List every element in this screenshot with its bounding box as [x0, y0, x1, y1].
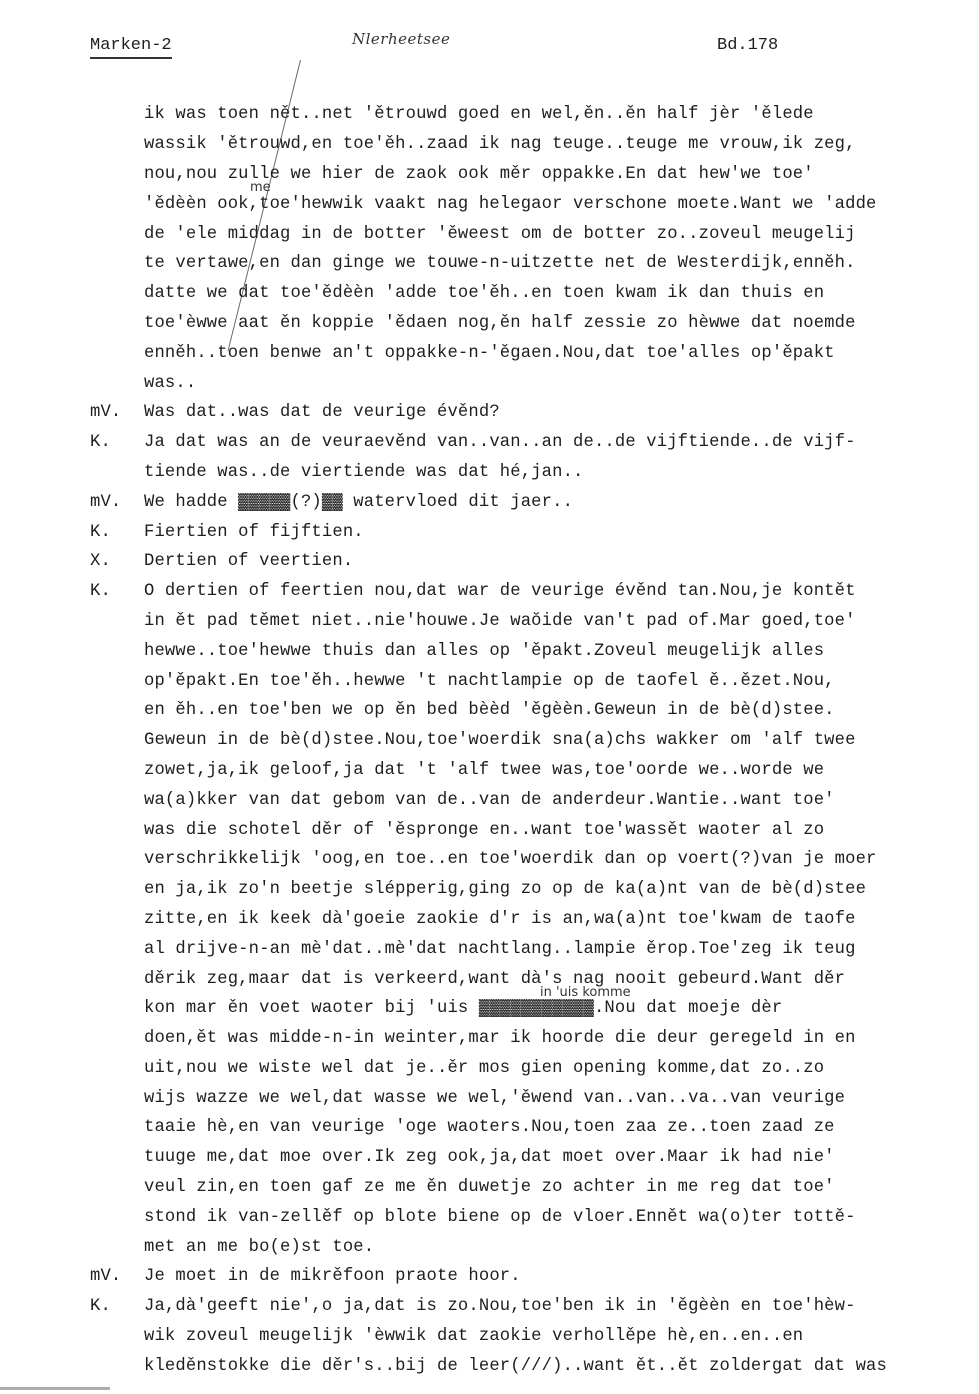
line-text: zowet,ja,ik geloof,ja dat 't 'alf twee w…: [144, 761, 979, 780]
transcript-line: met an me bo(e)st toe.: [90, 1232, 979, 1262]
line-text: Je moet in de mikrěfoon praote hoor.: [144, 1267, 979, 1286]
handwritten-note: Nlerheetsee: [352, 30, 450, 48]
line-text: wik zoveul meugelijk 'èwwik dat zaokie v…: [144, 1327, 979, 1346]
line-text: datte we dat toe'ědèèn 'adde toe'ěh..en …: [144, 284, 979, 303]
transcript-line: wassik 'ětrouwd,en toe'ěh..zaad ik nag t…: [90, 130, 979, 160]
transcript-line: K.O dertien of feertien nou,dat war de v…: [90, 577, 979, 607]
line-text: al drijve-n-an mè'dat..mè'dat nachtlang.…: [144, 940, 979, 959]
line-text: wa(a)kker van dat gebom van de..van de a…: [144, 791, 979, 810]
line-text: was..: [144, 374, 979, 393]
speaker-label: K.: [90, 582, 144, 601]
transcript-line: zowet,ja,ik geloof,ja dat 't 'alf twee w…: [90, 756, 979, 786]
transcript-line: en ja,ik zo'n beetje slépperig,ging zo o…: [90, 875, 979, 905]
line-text: O dertien of feertien nou,dat war de veu…: [144, 582, 979, 601]
transcript-line: in ět pad těmet niet..nie'houwe.Je waŏid…: [90, 607, 979, 637]
page-header: Marken-2 Nlerheetsee Bd.178: [90, 36, 939, 66]
transcript-line: was..: [90, 368, 979, 398]
transcript-line: op'ěpakt.En toe'ěh..hewwe 't nachtlampie…: [90, 666, 979, 696]
line-text: te vertawe,en dan ginge we touwe-n-uitze…: [144, 254, 979, 273]
line-text: enněh..toen benwe an't oppakke-n-'ěgaen.…: [144, 344, 979, 363]
speaker-label: K.: [90, 523, 144, 542]
speaker-label: mV.: [90, 403, 144, 422]
transcript-line: enněh..toen benwe an't oppakke-n-'ěgaen.…: [90, 338, 979, 368]
line-text: tiende was..de viertiende was dat hé,jan…: [144, 463, 979, 482]
line-text: zitte,en ik keek dà'goeie zaokie d'r is …: [144, 910, 979, 929]
transcript-line: K.Ja dat was an de veuraevěnd van..van..…: [90, 428, 979, 458]
line-text: Geweun in de bè(d)stee.Nou,toe'woerdik s…: [144, 731, 979, 750]
transcript-line: taaie hè,en van veurige 'oge waoters.Nou…: [90, 1113, 979, 1143]
line-text: en ěh..en toe'ben we op ěn bed bèèd 'ěgè…: [144, 701, 979, 720]
speaker-label: K.: [90, 1297, 144, 1316]
speaker-label: K.: [90, 433, 144, 452]
line-text: toe'èwwe aat ěn koppie 'ědaen nog,ěn hal…: [144, 314, 979, 333]
transcript-line: mV.We hadde ▓▓▓▓▓(?)▓▓ watervloed dit ja…: [90, 487, 979, 517]
document-page: Marken-2 Nlerheetsee Bd.178 me in 'uis k…: [0, 0, 979, 1394]
transcript-line: mV.Was dat..was dat de veurige évěnd?: [90, 398, 979, 428]
line-text: hewwe..toe'hewwe thuis dan alles op 'ěpa…: [144, 642, 979, 661]
speaker-label: X.: [90, 552, 144, 571]
transcript-line: K.Fiertien of fijftien.: [90, 517, 979, 547]
line-text: verschrikkelijk 'oog,en toe..en toe'woer…: [144, 850, 979, 869]
transcript-line: wa(a)kker van dat gebom van de..van de a…: [90, 785, 979, 815]
transcript-line: wijs wazze we wel,dat wasse we wel,'ěwen…: [90, 1083, 979, 1113]
line-text: de 'ele middag in de botter 'ěweest om d…: [144, 225, 979, 244]
line-text: stond ik van-zellěf op blote biene op de…: [144, 1208, 979, 1227]
line-text: 'ědèèn ook,toe'hewwik vaakt nag helegaor…: [144, 195, 979, 214]
line-text: kleděnstokke die děr's..bij de leer(///)…: [144, 1357, 979, 1376]
transcript-line: mV.Je moet in de mikrěfoon praote hoor.: [90, 1262, 979, 1292]
transcript-line: nou,nou zulle we hier de zaok ook měr op…: [90, 160, 979, 190]
line-text: in ět pad těmet niet..nie'houwe.Je waŏid…: [144, 612, 979, 631]
transcript-line: de 'ele middag in de botter 'ěweest om d…: [90, 219, 979, 249]
transcript-line: děrik zeg,maar dat is verkeerd,want dà's…: [90, 964, 979, 994]
speaker-label: mV.: [90, 1267, 144, 1286]
line-text: wijs wazze we wel,dat wasse we wel,'ěwen…: [144, 1089, 979, 1108]
transcript-line: 'ědèèn ook,toe'hewwik vaakt nag helegaor…: [90, 189, 979, 219]
line-text: tuuge me,dat moe over.Ik zeg ook,ja,dat …: [144, 1148, 979, 1167]
transcript-line: uit,nou we wiste wel dat je..ěr mos gien…: [90, 1054, 979, 1084]
document-title: Marken-2: [90, 36, 172, 59]
transcript-line: was die schotel děr of 'ěspronge en..wan…: [90, 815, 979, 845]
line-text: kon mar ěn voet waoter bij 'uis ▓▓▓▓▓▓▓▓…: [144, 999, 979, 1018]
transcript-line: ik was toen nět..net 'ětrouwd goed en we…: [90, 100, 979, 130]
line-text: Dertien of veertien.: [144, 552, 979, 571]
transcript-line: kleděnstokke die děr's..bij de leer(///)…: [90, 1351, 979, 1381]
transcript-line: kon mar ěn voet waoter bij 'uis ▓▓▓▓▓▓▓▓…: [90, 994, 979, 1024]
line-text: en ja,ik zo'n beetje slépperig,ging zo o…: [144, 880, 979, 899]
line-text: We hadde ▓▓▓▓▓(?)▓▓ watervloed dit jaer.…: [144, 493, 979, 512]
line-text: met an me bo(e)st toe.: [144, 1238, 979, 1257]
transcript-line: tiende was..de viertiende was dat hé,jan…: [90, 458, 979, 488]
transcript-line: stond ik van-zellěf op blote biene op de…: [90, 1202, 979, 1232]
transcript-line: al drijve-n-an mè'dat..mè'dat nachtlang.…: [90, 934, 979, 964]
transcript-line: X.Dertien of veertien.: [90, 547, 979, 577]
line-text: ik was toen nět..net 'ětrouwd goed en we…: [144, 105, 979, 124]
line-text: Ja,dà'geeft nie',o ja,dat is zo.Nou,toe'…: [144, 1297, 979, 1316]
line-text: wassik 'ětrouwd,en toe'ěh..zaad ik nag t…: [144, 135, 979, 154]
transcript-line: toe'èwwe aat ěn koppie 'ědaen nog,ěn hal…: [90, 309, 979, 339]
transcript-line: veul zin,en toen gaf ze me ěn duwetje zo…: [90, 1173, 979, 1203]
transcript-line: doen,ět was midde-n-in weinter,mar ik ho…: [90, 1024, 979, 1054]
transcript-line: K.Ja,dà'geeft nie',o ja,dat is zo.Nou,to…: [90, 1292, 979, 1322]
transcript-line: hewwe..toe'hewwe thuis dan alles op 'ěpa…: [90, 636, 979, 666]
transcript-line: verschrikkelijk 'oog,en toe..en toe'woer…: [90, 845, 979, 875]
line-text: děrik zeg,maar dat is verkeerd,want dà's…: [144, 970, 979, 989]
line-text: Fiertien of fijftien.: [144, 523, 979, 542]
line-text: was die schotel děr of 'ěspronge en..wan…: [144, 821, 979, 840]
line-text: Was dat..was dat de veurige évěnd?: [144, 403, 979, 422]
line-text: doen,ět was midde-n-in weinter,mar ik ho…: [144, 1029, 979, 1048]
transcript-line: en ěh..en toe'ben we op ěn bed bèèd 'ěgè…: [90, 696, 979, 726]
transcript-line: Geweun in de bè(d)stee.Nou,toe'woerdik s…: [90, 726, 979, 756]
line-text: Ja dat was an de veuraevěnd van..van..an…: [144, 433, 979, 452]
transcript-body: ik was toen nět..net 'ětrouwd goed en we…: [90, 100, 979, 1381]
line-text: uit,nou we wiste wel dat je..ěr mos gien…: [144, 1059, 979, 1078]
transcript-line: zitte,en ik keek dà'goeie zaokie d'r is …: [90, 905, 979, 935]
transcript-line: te vertawe,en dan ginge we touwe-n-uitze…: [90, 249, 979, 279]
line-text: taaie hè,en van veurige 'oge waoters.Nou…: [144, 1118, 979, 1137]
speaker-label: mV.: [90, 493, 144, 512]
line-text: nou,nou zulle we hier de zaok ook měr op…: [144, 165, 979, 184]
line-text: veul zin,en toen gaf ze me ěn duwetje zo…: [144, 1178, 979, 1197]
page-edge-shadow: [0, 1387, 110, 1390]
transcript-line: datte we dat toe'ědèèn 'adde toe'ěh..en …: [90, 279, 979, 309]
volume-number: Bd.178: [717, 36, 778, 56]
transcript-line: wik zoveul meugelijk 'èwwik dat zaokie v…: [90, 1322, 979, 1352]
line-text: op'ěpakt.En toe'ěh..hewwe 't nachtlampie…: [144, 672, 979, 691]
transcript-line: tuuge me,dat moe over.Ik zeg ook,ja,dat …: [90, 1143, 979, 1173]
